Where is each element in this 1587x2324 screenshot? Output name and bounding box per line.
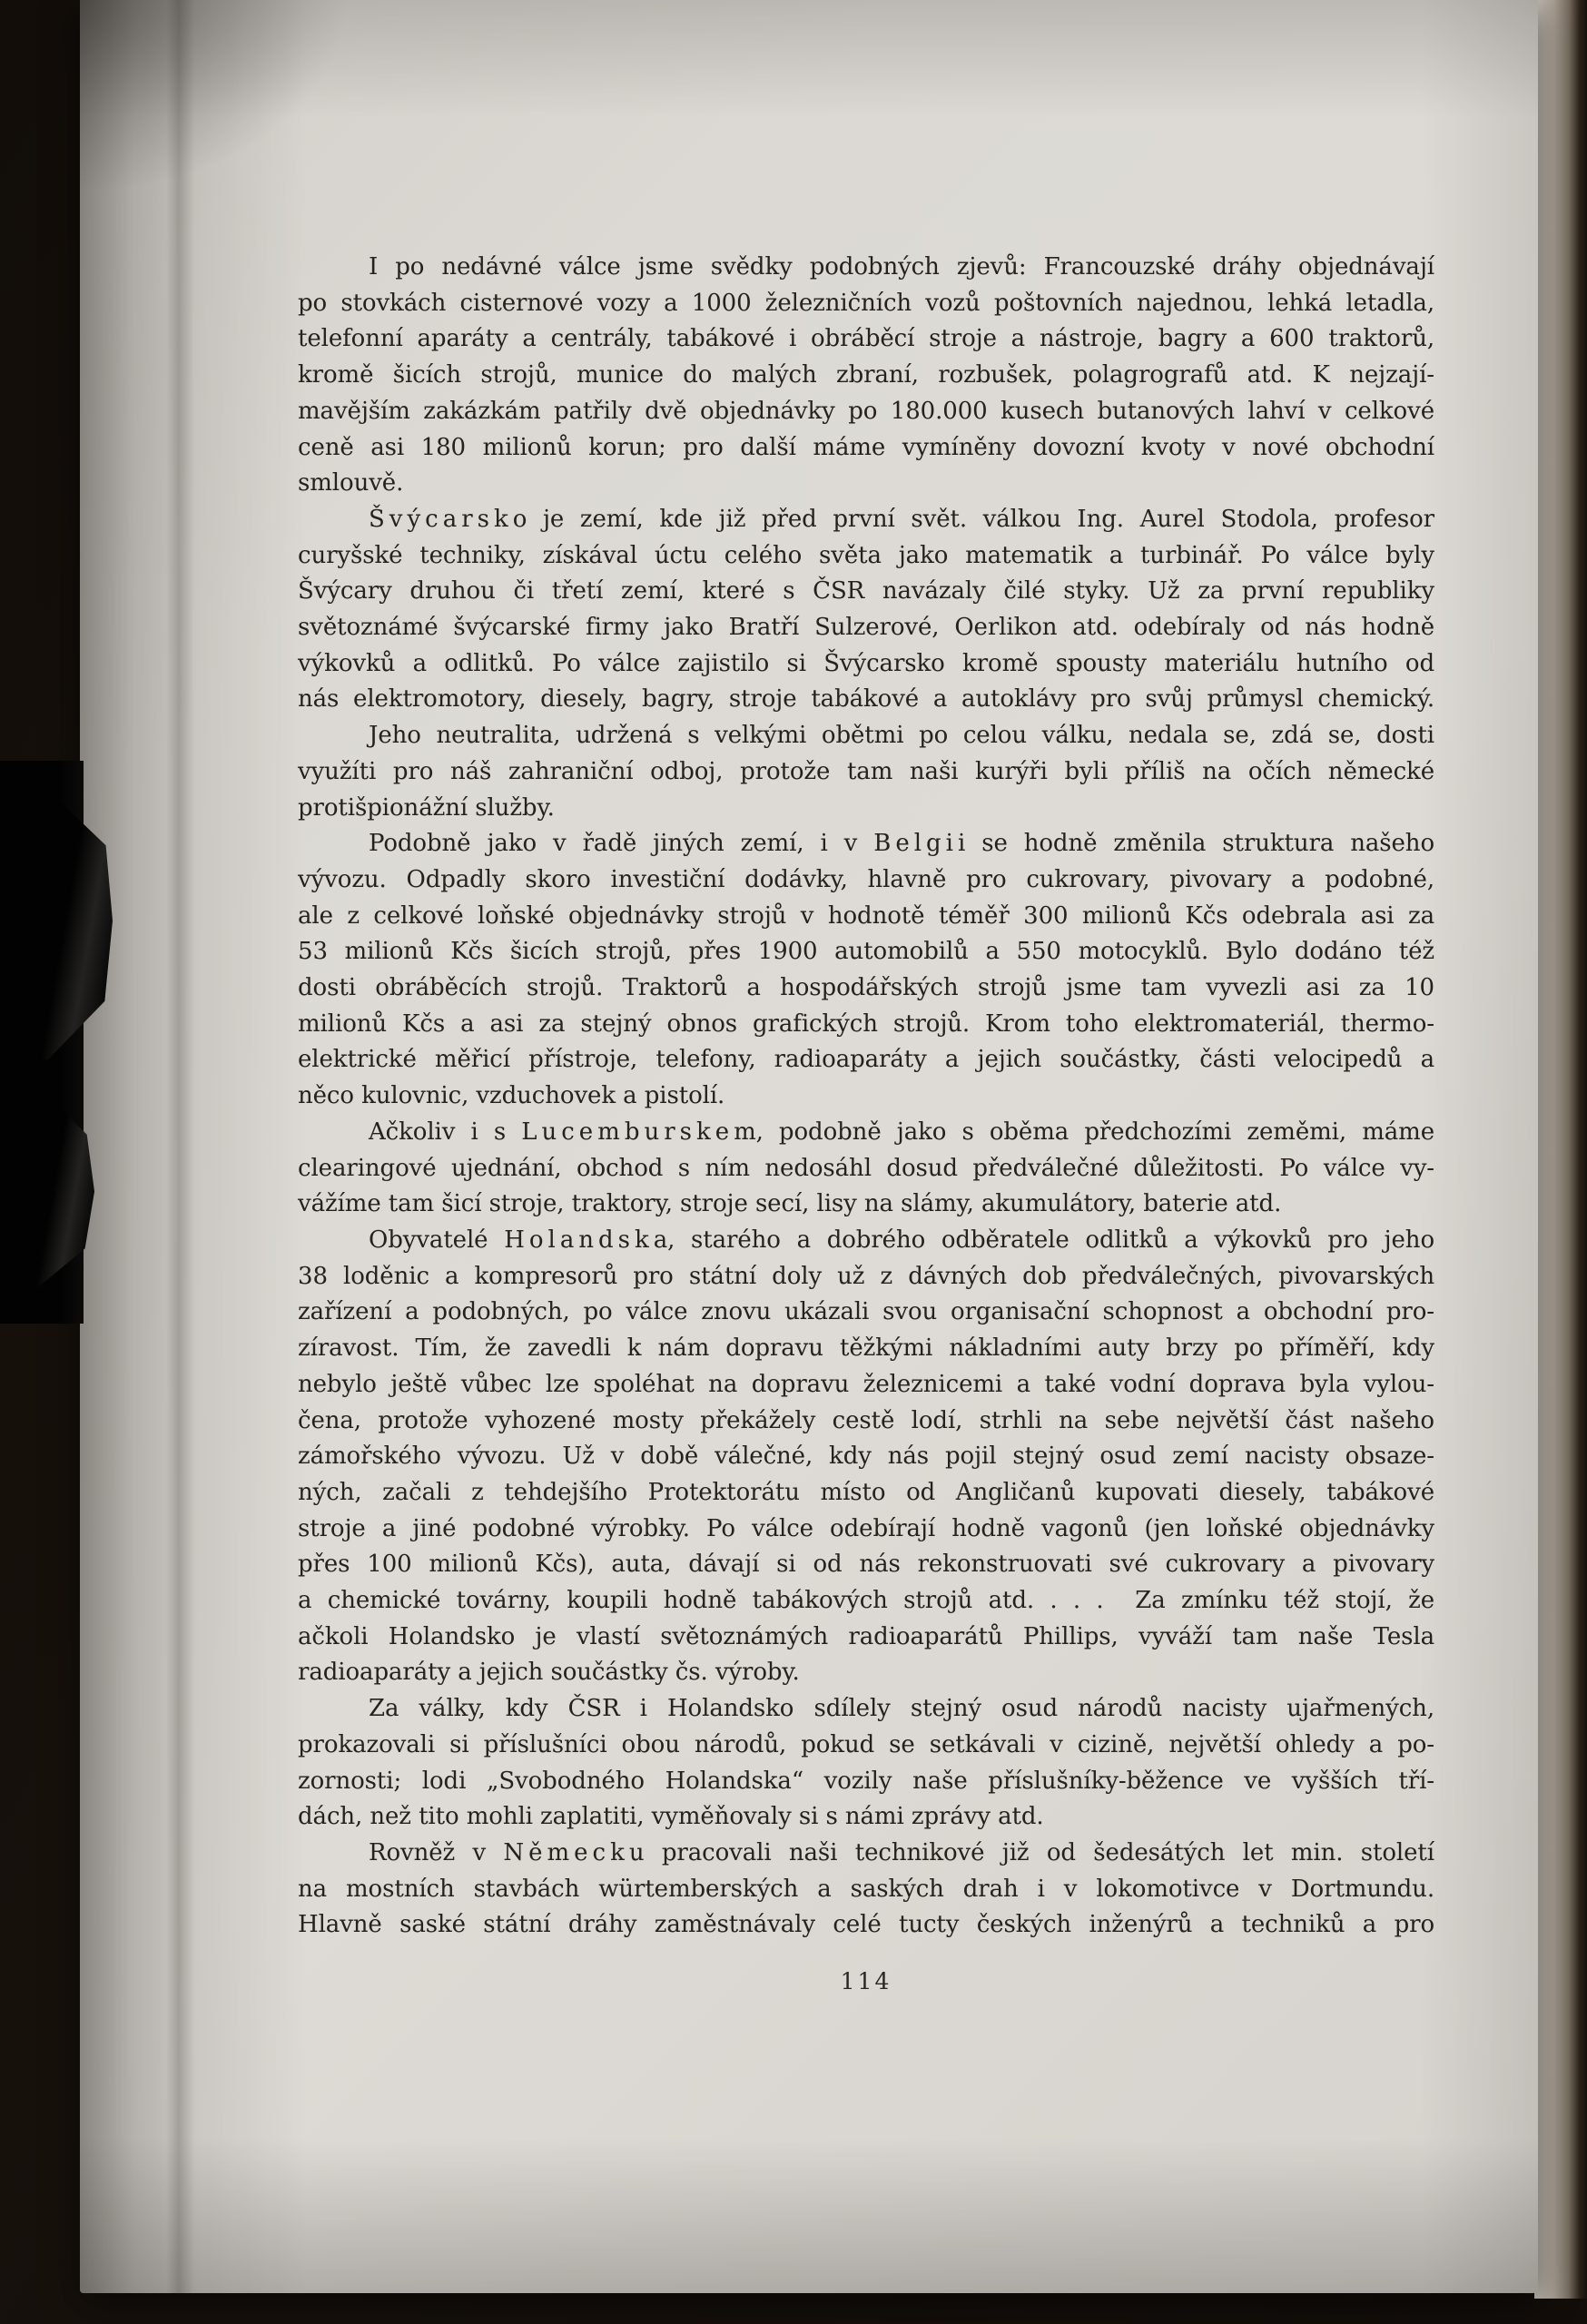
text-line: 53 milionů Kčs šicích strojů, přes 1900 … <box>298 934 1434 970</box>
text-line: a chemické továrny, koupili hodně tabáko… <box>298 1583 1434 1620</box>
text-line: protišpionážní služby. <box>298 791 1434 827</box>
text-line: I po nedávné válce jsme svědky podobných… <box>298 250 1434 286</box>
text-line: zařízení a podobných, po válce znovu uká… <box>298 1295 1434 1331</box>
text-line: Hlavně saské státní dráhy zaměstnávaly c… <box>298 1907 1434 1944</box>
text-line: zornosti; lodi „Svobodného Holandska“ vo… <box>298 1764 1434 1800</box>
text-line: 38 loděnic a kompresorů pro státní doly … <box>298 1259 1434 1295</box>
text-line: Za války, kdy ČSR i Holandsko sdílely st… <box>298 1691 1434 1728</box>
text-line: nás elektromotory, diesely, bagry, stroj… <box>298 682 1434 718</box>
text-line: milionů Kčs a asi za stejný obnos grafic… <box>298 1007 1434 1043</box>
text-line: vývozu. Odpadly skoro investiční dodávky… <box>298 862 1434 899</box>
text-line: radioaparáty a jejich součástky čs. výro… <box>298 1655 1434 1691</box>
text-block: I po nedávné válce jsme svědky podobných… <box>298 250 1434 1944</box>
text-line: prokazovali si příslušníci obou národů, … <box>298 1728 1434 1764</box>
text-line: Podobně jako v řadě jiných zemí, i v B e… <box>298 826 1434 862</box>
text-line: vážíme tam šicí stroje, traktory, stroje… <box>298 1187 1434 1223</box>
text-line: světoznámé švýcarské firmy jako Bratří S… <box>298 610 1434 646</box>
text-line: zíravost. Tím, že zavedli k nám dopravu … <box>298 1331 1434 1367</box>
text-line: dosti obráběcích strojů. Traktorů a hosp… <box>298 970 1434 1007</box>
text-line: dách, než tito mohli zaplatiti, vyměňova… <box>298 1799 1434 1836</box>
text-line: Ačkoliv i s L u c e m b u r s k e m, pod… <box>298 1115 1434 1151</box>
text-line: Švýcary druhou či třetí zemí, které s ČS… <box>298 574 1434 610</box>
text-line: curyšské techniky, získával úctu celého … <box>298 538 1434 575</box>
text-line: clearingové ujednání, obchod s ním nedos… <box>298 1151 1434 1187</box>
text-line: výkovků a odlitků. Po válce zajistilo si… <box>298 646 1434 683</box>
scanned-book-page-photo: I po nedávné válce jsme svědky podobných… <box>0 0 1587 2324</box>
text-line: Jeho neutralita, udržená s velkými obětm… <box>298 718 1434 754</box>
text-line: telefonní aparáty a centrály, tabákové i… <box>298 321 1434 358</box>
text-line: nebylo ještě vůbec lze spoléhat na dopra… <box>298 1367 1434 1403</box>
text-line: po stovkách cisternové vozy a 1000 želez… <box>298 286 1434 322</box>
text-line: přes 100 milionů Kčs), auta, dávají si o… <box>298 1547 1434 1583</box>
text-line: využíti pro náš zahraniční odboj, protož… <box>298 754 1434 791</box>
text-line: mavějším zakázkám patřily dvě objednávky… <box>298 394 1434 430</box>
text-line: něco kulovnic, vzduchovek a pistolí. <box>298 1078 1434 1115</box>
text-line: ných, začali z tehdejšího Protektorátu m… <box>298 1475 1434 1512</box>
text-line: Obyvatelé H o l a n d s k a, starého a d… <box>298 1223 1434 1259</box>
text-line: Rovněž v N ě m e c k u pracovali naši te… <box>298 1836 1434 1872</box>
text-line: kromě šicích strojů, munice do malých zb… <box>298 358 1434 394</box>
text-line: zámořského vývozu. Už v době válečné, kd… <box>298 1439 1434 1475</box>
text-line: elektrické měřicí přístroje, telefony, r… <box>298 1042 1434 1078</box>
text-line: ale z celkové loňské objednávky strojů v… <box>298 899 1434 935</box>
text-line: smlouvě. <box>298 466 1434 502</box>
text-line: ačkoli Holandsko je vlastí světoznámých … <box>298 1620 1434 1656</box>
text-line: Š v ý c a r s k o je zemí, kde již před … <box>298 502 1434 538</box>
text-line: na mostních stavbách würtemberských a sa… <box>298 1872 1434 1908</box>
text-line: stroje a jiné podobné výrobky. Po válce … <box>298 1512 1434 1548</box>
text-line: ceně asi 180 milionů korun; pro další má… <box>298 430 1434 467</box>
page-number: 114 <box>298 1968 1434 1994</box>
text-line: čena, protože vyhozené mosty překážely c… <box>298 1403 1434 1440</box>
page-stack-edge <box>1534 0 1587 2299</box>
